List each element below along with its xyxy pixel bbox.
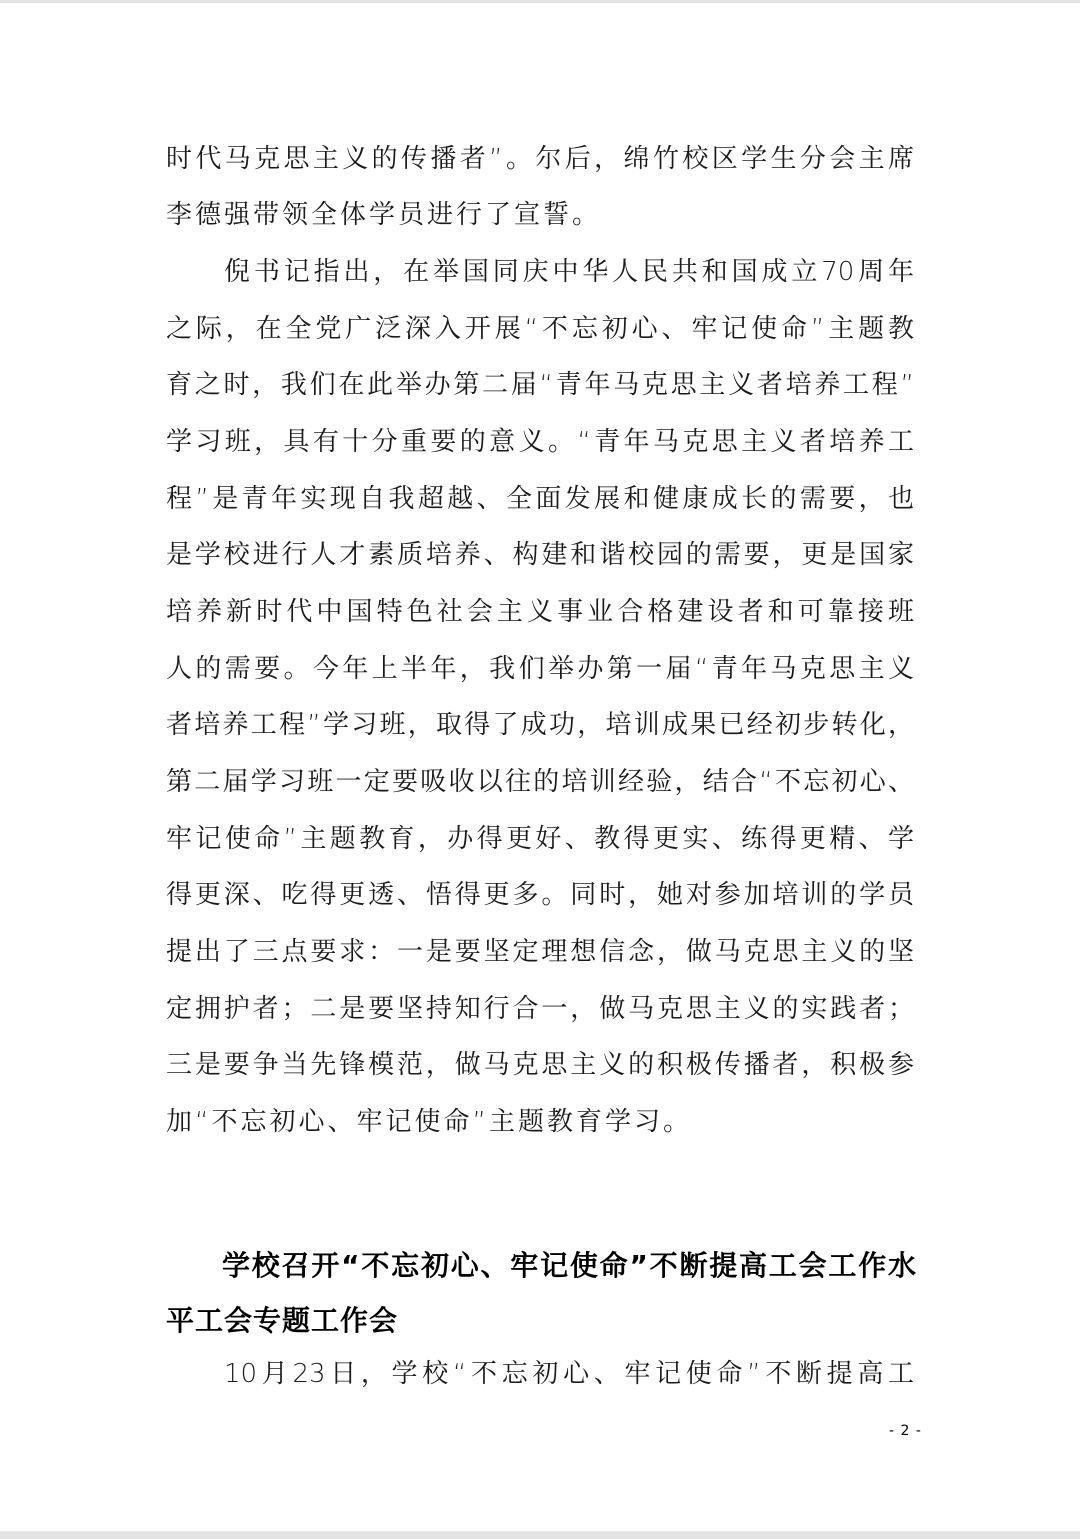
page-number: - 2 - [889, 1423, 922, 1439]
body-line: 培养新时代中国特色社会主义事业合格建设者和可靠接班 [166, 596, 914, 628]
body-line: 定拥护者；二是要坚持知行合一，做马克思主义的实践者； [166, 993, 914, 1025]
section-heading-line: 平工会专题工作会 [166, 1303, 916, 1339]
body-line: 提出了三点要求：一是要坚定理想信念，做马克思主义的坚 [166, 936, 914, 968]
section-heading-line: 学校召开“不忘初心、牢记使命”不断提高工会工作水 [222, 1248, 916, 1284]
body-line: 人的需要。今年上半年，我们举办第一届“青年马克思主义 [166, 653, 914, 685]
body-line: 之际，在全党广泛深入开展“不忘初心、牢记使命”主题教 [166, 313, 914, 345]
body-line: 牢记使命”主题教育，办得更好、教得更实、练得更精、学 [166, 823, 914, 855]
body-line: 第二届学习班一定要吸收以往的培训经验，结合“不忘初心、 [166, 766, 914, 798]
viewer-bottom-edge [0, 1531, 1080, 1539]
body-line: 程”是青年实现自我超越、全面发展和健康成长的需要，也 [166, 483, 914, 515]
body-line-paragraph-start: 10月23日，学校“不忘初心、牢记使命”不断提高工 [224, 1358, 914, 1390]
body-line: 得更深、吃得更透、悟得更多。同时，她对参加培训的学员 [166, 879, 914, 911]
document-page: 时代马克思主义的传播者”。尔后，绵竹校区学生分会主席 李德强带领全体学员进行了宣… [0, 3, 1080, 1531]
body-line: 者培养工程”学习班，取得了成功，培训成果已经初步转化， [166, 709, 914, 741]
body-line: 育之时，我们在此举办第二届“青年马克思主义者培养工程” [166, 369, 914, 401]
body-line: 三是要争当先锋模范，做马克思主义的积极传播者，积极参 [166, 1049, 914, 1081]
body-line: 是学校进行人才素质培养、构建和谐校园的需要，更是国家 [166, 539, 914, 571]
body-line: 学习班，具有十分重要的意义。“青年马克思主义者培养工 [166, 426, 914, 458]
body-line: 时代马克思主义的传播者”。尔后，绵竹校区学生分会主席 [166, 143, 914, 175]
body-line-paragraph-start: 倪书记指出，在举国同庆中华人民共和国成立70周年 [224, 256, 914, 288]
body-line: 李德强带领全体学员进行了宣誓。 [166, 199, 914, 231]
body-line: 加“不忘初心、牢记使命”主题教育学习。 [166, 1106, 914, 1138]
